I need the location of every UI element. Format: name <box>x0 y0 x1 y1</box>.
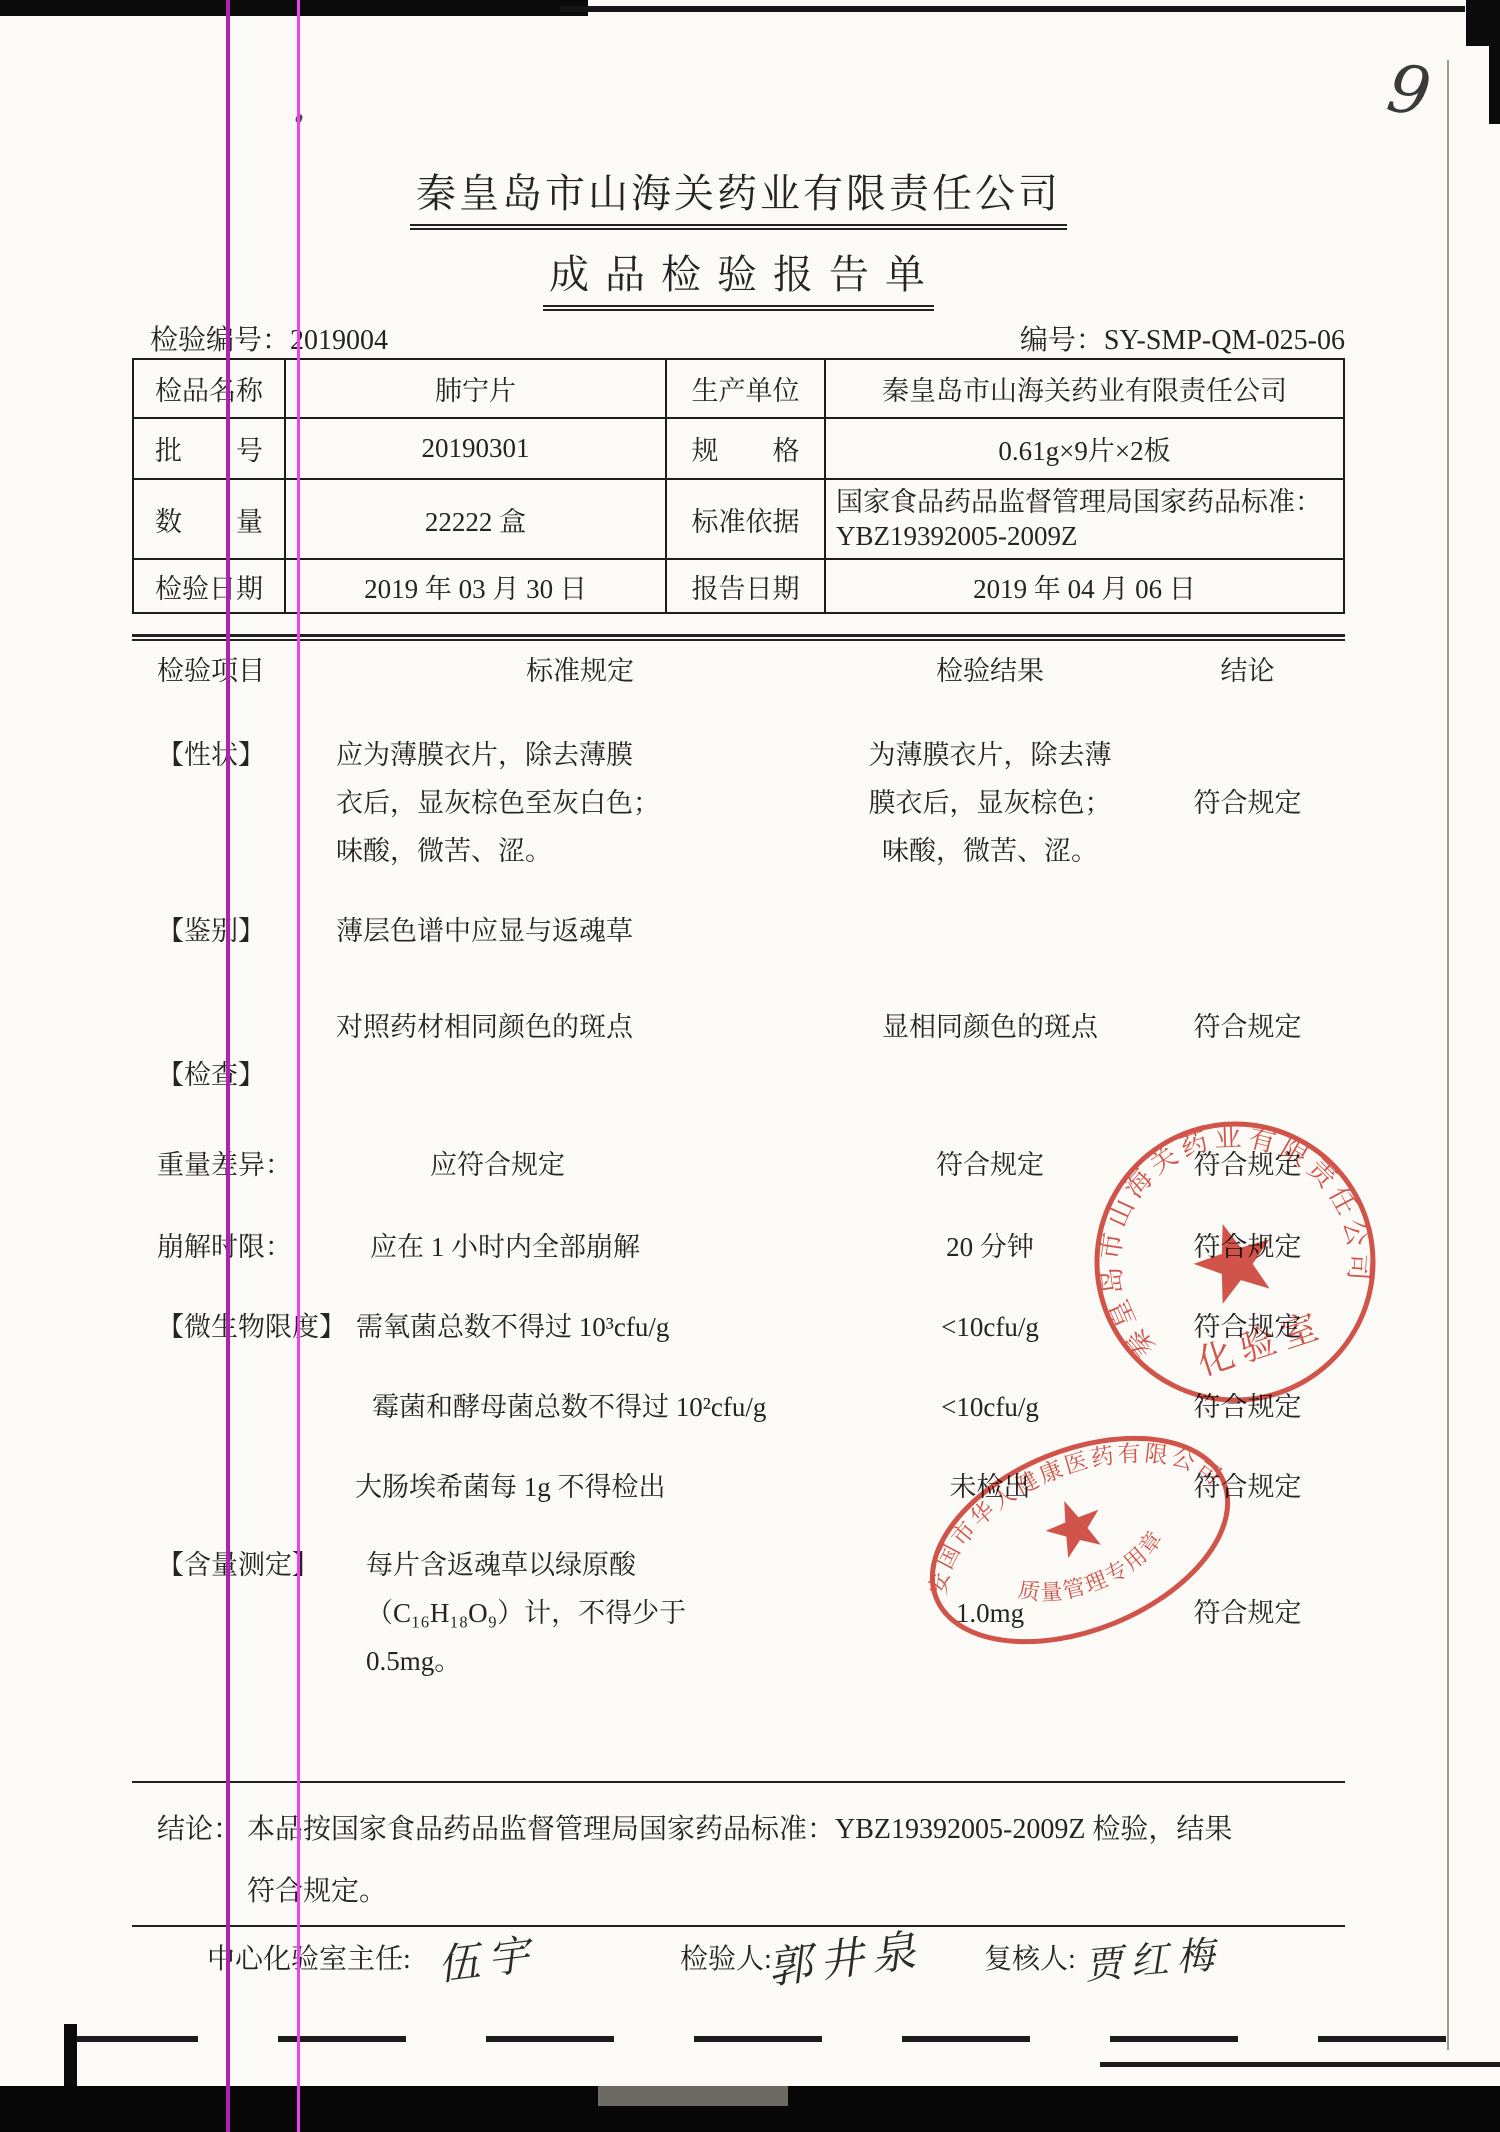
result-standard <box>330 1051 830 1099</box>
info-value-cell: 秦皇岛市山海关药业有限责任公司 <box>826 360 1343 419</box>
result-conclusion: 符合规定 <box>1150 907 1345 1051</box>
director-signature: 伍宇 <box>434 1921 541 1993</box>
result-item-label: 重量差异： <box>132 1141 330 1189</box>
info-value-cell: 20190301 <box>286 419 667 480</box>
signature-row: 中心化验室主任: 伍宇 检验人: 郭井泉 复核人: 贾红梅 <box>132 1931 1345 2041</box>
svg-text:秦皇岛市山海关药业有限责任公司: 秦皇岛市山海关药业有限责任公司 <box>1085 1112 1385 1368</box>
info-label-cell: 数 量 <box>134 480 286 560</box>
info-value-cell: 国家食品药品监督管理局国家药品标准：YBZ19392005-2009Z <box>826 480 1343 560</box>
product-info-table: 检品名称 肺宁片 生产单位 秦皇岛市山海关药业有限责任公司 批 号 201903… <box>132 358 1345 614</box>
result-standard: 霉菌和酵母菌总数不得过 10²cfu/g <box>330 1383 830 1431</box>
report-title: 成 品 检 验 报 告 单 <box>132 243 1345 311</box>
result-standard: 需氧菌总数不得过 10³cfu/g <box>330 1303 830 1351</box>
result-item-label: 【鉴别】 <box>132 907 330 1051</box>
result-item-label: 【含量测定】 <box>132 1541 330 1685</box>
divider-rule <box>132 634 1345 641</box>
info-label-cell: 报告日期 <box>667 560 826 612</box>
info-value-cell: 0.61g×9片×2板 <box>826 419 1343 480</box>
result-conclusion <box>1150 1051 1345 1099</box>
qa-stamp-ring-text: 安国市华人健康医药有限公司 <box>900 1400 1233 1605</box>
final-conclusion: 结论： 本品按国家食品药品监督管理局国家药品标准：YBZ19392005-200… <box>132 1799 1345 1923</box>
lab-stamp-center-text: 化验室 <box>1193 1304 1331 1383</box>
svg-text:安国市华人健康医药有限公司: 安国市华人健康医药有限公司 <box>900 1400 1233 1605</box>
info-label-cell: 批 号 <box>134 419 286 480</box>
result-item-label: 【微生物限度】 <box>132 1303 330 1351</box>
result-item-label: 崩解时限： <box>132 1223 330 1271</box>
result-standard: 应为薄膜衣片，除去薄膜 衣后，显灰棕色至灰白色； 味酸，微苦、涩。 <box>330 731 830 875</box>
handwritten-page-number: 9 <box>1382 49 1436 132</box>
reviewer-label: 复核人: <box>984 1937 1076 1977</box>
scan-artifact-edge <box>1489 40 1500 124</box>
director-label: 中心化验室主任: <box>207 1937 411 1977</box>
scan-artifact-top-line <box>560 6 1465 12</box>
result-item-label: 【性状】 <box>132 731 330 875</box>
result-standard: 大肠埃希菌每 1g 不得检出 <box>330 1463 830 1511</box>
column-header-conclusion: 结论 <box>1150 651 1345 691</box>
info-label-cell: 标准依据 <box>667 480 826 560</box>
info-value-cell: 2019 年 04 月 06 日 <box>826 560 1343 612</box>
result-value: 为薄膜衣片，除去薄 膜衣后，显灰棕色； 味酸，微苦、涩。 <box>830 731 1150 875</box>
info-value-cell: 2019 年 03 月 30 日 <box>286 560 667 612</box>
scan-artifact-bottom-line <box>1100 2062 1500 2067</box>
scan-artifact-band-notch <box>598 2086 788 2106</box>
result-row-identification: 【鉴别】 薄层色谱中应显与返魂草 对照药材相同颜色的斑点 显相同颜色的斑点 符合… <box>132 907 1345 1051</box>
info-label-cell: 检品名称 <box>134 360 286 419</box>
inspection-number: 检验编号：2019004 <box>150 318 388 358</box>
result-value <box>830 1051 1150 1099</box>
result-value: 显相同颜色的斑点 <box>830 907 1150 1051</box>
report-title-text: 成 品 检 验 报 告 单 <box>543 243 934 311</box>
column-header-item: 检验项目 <box>132 651 330 691</box>
scan-artifact-tick <box>64 2024 77 2088</box>
star-icon <box>1185 1212 1284 1309</box>
result-item-label: 【检查】 <box>132 1051 330 1099</box>
scanned-inspection-report: 9 秦皇岛市山海关药业有限责任公司 成 品 检 验 报 告 单 检验编号：201… <box>0 0 1500 2132</box>
divider-rule <box>132 1925 1345 1927</box>
results-header-row: 检验项目 标准规定 检验结果 结论 <box>132 651 1345 691</box>
result-standard: 应符合规定 <box>330 1141 830 1189</box>
result-conclusion: 符合规定 <box>1150 731 1345 875</box>
document-number: 编号：SY-SMP-QM-025-06 <box>1020 318 1345 358</box>
result-row-appearance: 【性状】 应为薄膜衣片，除去薄膜 衣后，显灰棕色至灰白色； 味酸，微苦、涩。 为… <box>132 731 1345 875</box>
scan-artifact-top-bar <box>0 0 588 16</box>
lab-round-stamp: 秦皇岛市山海关药业有限责任公司 化验室 <box>1085 1112 1385 1412</box>
info-label-cell: 规 格 <box>667 419 826 480</box>
info-value-cell: 肺宁片 <box>286 360 667 419</box>
result-standard: 薄层色谱中应显与返魂草 对照药材相同颜色的斑点 <box>330 907 830 1051</box>
company-title: 秦皇岛市山海关药业有限责任公司 <box>132 162 1345 230</box>
qa-oval-stamp: 安国市华人健康医药有限公司 质量管理专用章 <box>900 1400 1260 1680</box>
final-conclusion-text: 本品按国家食品药品监督管理局国家药品标准：YBZ19392005-2009Z 检… <box>247 1799 1337 1923</box>
column-header-standard: 标准规定 <box>330 651 830 691</box>
scan-artifact-page-edge-line <box>1447 60 1449 2050</box>
divider-rule <box>132 1781 1345 1783</box>
star-icon <box>1038 1490 1111 1562</box>
inspector-label: 检验人: <box>680 1937 772 1977</box>
result-item-label <box>132 1383 330 1431</box>
result-standard: 应在 1 小时内全部崩解 <box>330 1223 830 1271</box>
info-value-cell: 22222 盒 <box>286 480 667 560</box>
result-row-check-heading: 【检查】 <box>132 1051 1345 1099</box>
scan-line-artifact <box>297 0 300 2132</box>
lab-stamp-ring-text: 秦皇岛市山海关药业有限责任公司 <box>1085 1112 1385 1368</box>
column-header-result: 检验结果 <box>830 651 1150 691</box>
final-conclusion-label: 结论： <box>157 1799 247 1923</box>
scan-line-artifact <box>226 0 230 2132</box>
company-title-text: 秦皇岛市山海关药业有限责任公司 <box>410 162 1067 230</box>
reviewer-signature: 贾红梅 <box>1082 1923 1224 1990</box>
info-label-cell: 生产单位 <box>667 360 826 419</box>
result-item-label <box>132 1463 330 1511</box>
result-standard: 每片含返魂草以绿原酸 （C₁₆H₁₈O₉）计，不得少于 0.5mg。 <box>330 1541 830 1685</box>
info-label-cell: 检验日期 <box>134 560 286 612</box>
